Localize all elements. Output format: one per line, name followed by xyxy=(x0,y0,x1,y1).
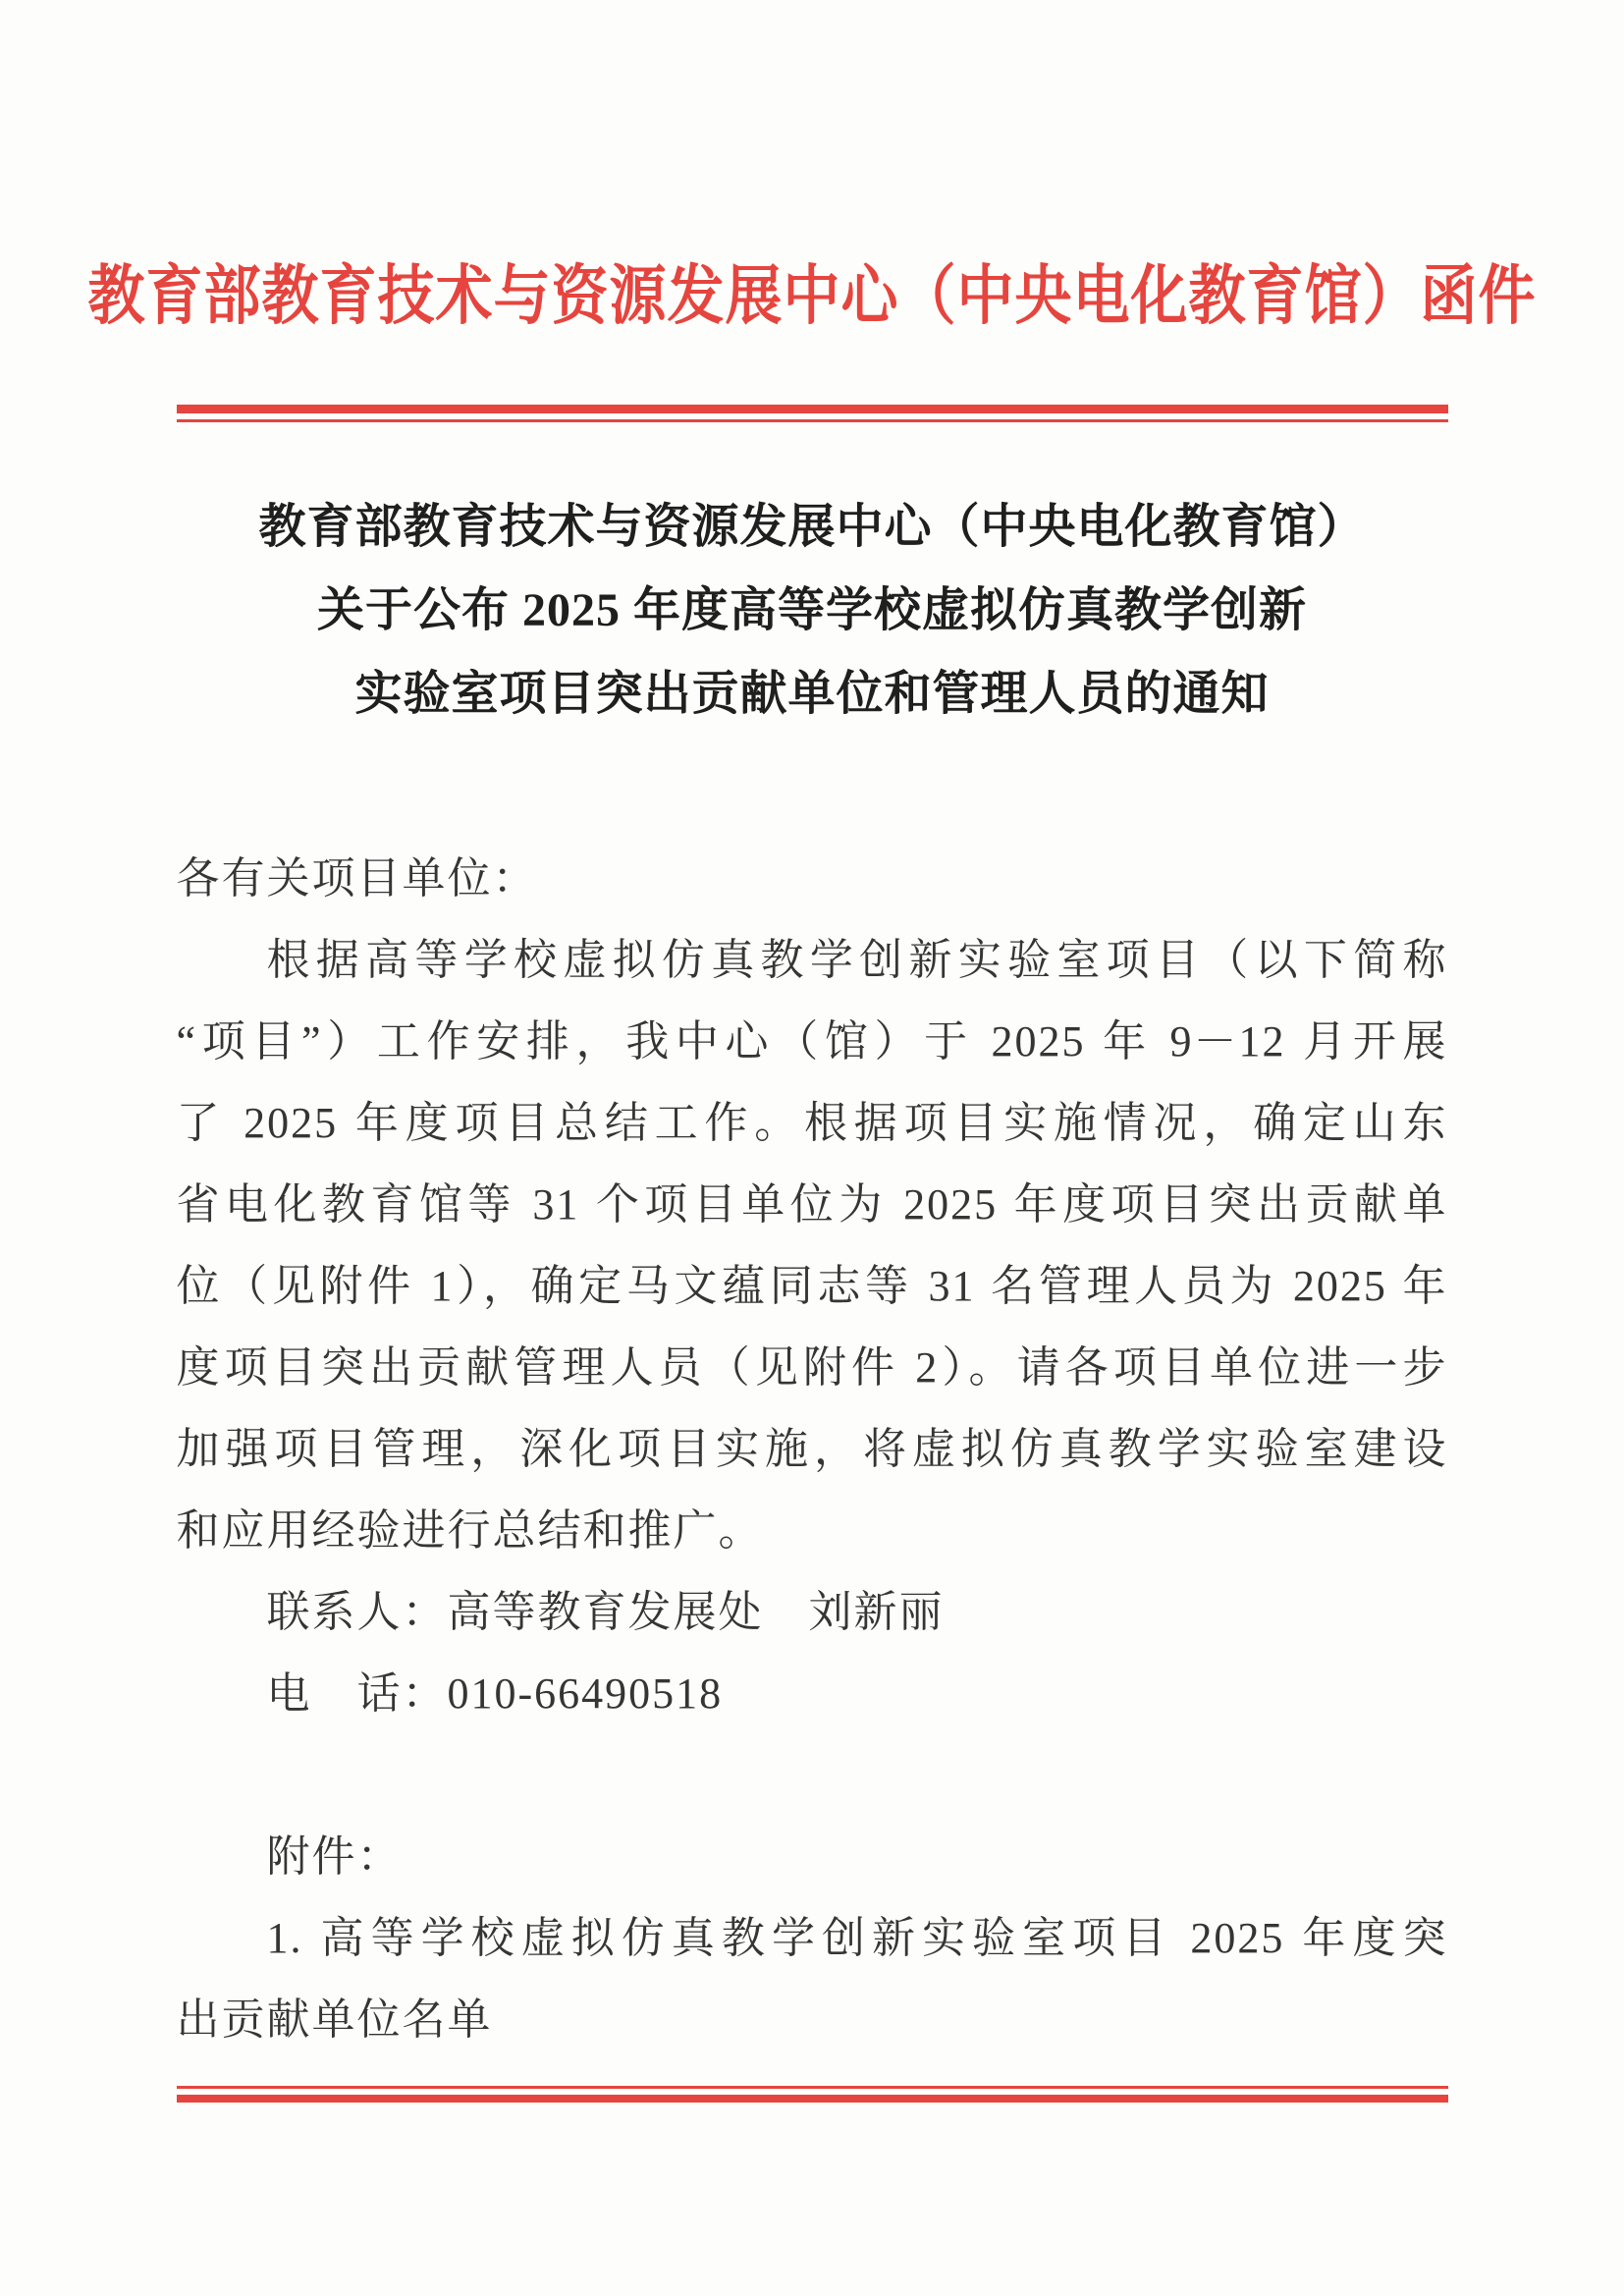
paragraph-line: 加强项目管理，深化项目实施，将虚拟仿真教学实验室建设 xyxy=(177,1408,1448,1490)
paragraph-line: “项目”）工作安排，我中心（馆）于 2025 年 9－12 月开展 xyxy=(177,1001,1448,1082)
document-title-line-2: 关于公布 2025 年度高等学校虚拟仿真教学创新 xyxy=(0,569,1624,652)
contact-phone: 电 话：010-66490518 xyxy=(177,1653,1448,1734)
paragraph-line: 和应用经验进行总结和推广。 xyxy=(177,1490,1448,1571)
paragraph-line: 根据高等学校虚拟仿真教学创新实验室项目（以下简称 xyxy=(177,919,1448,1001)
document-page: 教育部教育技术与资源发展中心（中央电化教育馆）函件 教育部教育技术与资源发展中心… xyxy=(0,0,1624,2296)
letterhead-banner: 教育部教育技术与资源发展中心（中央电化教育馆）函件 xyxy=(0,251,1624,341)
paragraph-line: 省电化教育馆等 31 个项目单位为 2025 年度项目突出贡献单 xyxy=(177,1164,1448,1245)
paragraph-line: 了 2025 年度项目总结工作。根据项目实施情况，确定山东 xyxy=(177,1082,1448,1164)
footer-rule-thin xyxy=(177,2086,1448,2089)
attachment-label: 附件： xyxy=(177,1816,1448,1897)
document-body: 各有关项目单位： 根据高等学校虚拟仿真教学创新实验室项目（以下简称 “项目”）工… xyxy=(177,838,1448,2060)
header-rule-thin xyxy=(177,419,1448,422)
paragraph-line: 度项目突出贡献管理人员（见附件 2）。请各项目单位进一步 xyxy=(177,1327,1448,1408)
attachment-item-line: 出贡献单位名单 xyxy=(177,1979,1448,2060)
footer-rule-thick xyxy=(177,2095,1448,2103)
document-title-line-1: 教育部教育技术与资源发展中心（中央电化教育馆） xyxy=(0,485,1624,569)
header-rule-thick xyxy=(177,405,1448,413)
contact-person: 联系人：高等教育发展处 刘新丽 xyxy=(177,1571,1448,1653)
document-title-line-3: 实验室项目突出贡献单位和管理人员的通知 xyxy=(0,652,1624,736)
salutation: 各有关项目单位： xyxy=(177,838,1448,919)
paragraph-line: 位（见附件 1），确定马文蕴同志等 31 名管理人员为 2025 年 xyxy=(177,1245,1448,1327)
blank-line xyxy=(177,1734,1448,1816)
attachment-item-line: 1. 高等学校虚拟仿真教学创新实验室项目 2025 年度突 xyxy=(177,1897,1448,1979)
document-title: 教育部教育技术与资源发展中心（中央电化教育馆） 关于公布 2025 年度高等学校… xyxy=(0,485,1624,736)
